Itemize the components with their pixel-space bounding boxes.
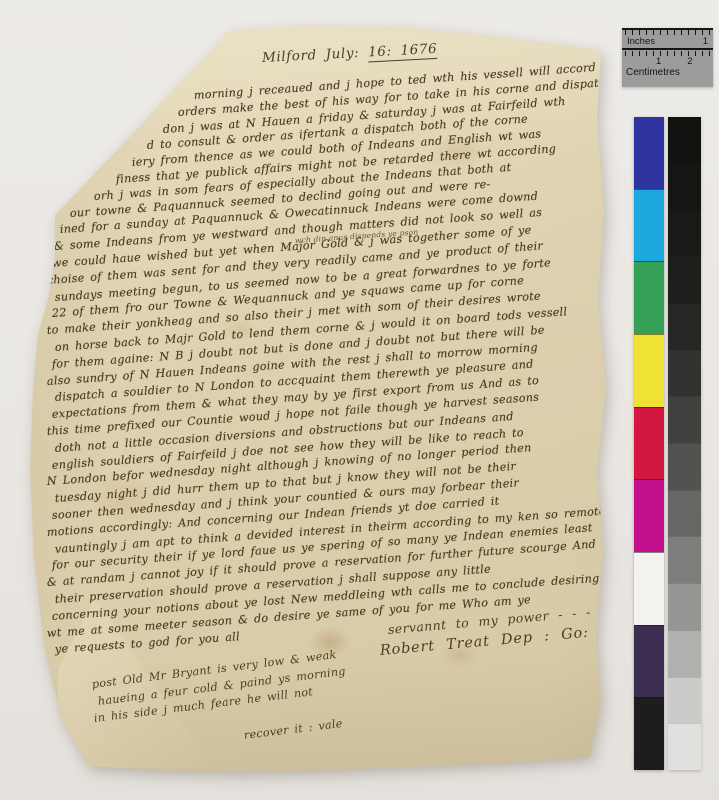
centimetres-label: Centimetres <box>626 67 713 79</box>
color-patch-yellow <box>634 334 664 407</box>
ruler-divider <box>622 48 713 50</box>
grayscale-step <box>668 723 701 770</box>
grayscale-step <box>668 443 701 490</box>
paper-sheet: Milford July: 16: 1676 morning j receaue… <box>0 0 719 800</box>
color-patch-blue <box>634 117 664 189</box>
grayscale-step <box>668 677 701 724</box>
grayscale-step <box>668 163 701 210</box>
color-patch-magenta <box>634 479 664 552</box>
inch-number: 1 <box>703 36 708 47</box>
ruler-scale-card: Inches 1 1 2 Centimetres <box>622 28 713 87</box>
grayscale-step <box>668 490 701 537</box>
cm-number-2: 2 <box>687 56 692 67</box>
color-patch-white <box>634 552 664 625</box>
postscript-line: recover it : vale <box>243 707 412 744</box>
grayscale-step <box>668 303 701 350</box>
color-patch-cyan <box>634 189 664 262</box>
dateline-date: 16: 1676 <box>368 41 438 63</box>
grayscale-step <box>668 396 701 443</box>
color-patch-red <box>634 407 664 480</box>
cm-number-1: 1 <box>656 56 661 67</box>
grayscale-step <box>668 583 701 630</box>
letter-postscript: post Old Mr Bryant is very low & weakhau… <box>92 676 412 744</box>
grayscale-step <box>668 256 701 303</box>
grayscale-step <box>668 117 701 163</box>
color-calibration-strip <box>634 117 664 770</box>
inches-label: Inches <box>627 36 655 47</box>
color-patch-black <box>634 697 664 770</box>
grayscale-step <box>668 350 701 397</box>
color-patch-green <box>634 261 664 334</box>
grayscale-step <box>668 536 701 583</box>
photo-background: Milford July: 16: 1676 morning j receaue… <box>0 0 719 800</box>
color-patch-dark-purple <box>634 625 664 698</box>
grayscale-step <box>668 209 701 256</box>
letter-body: morning j receaued and j hope to ted wth… <box>46 88 602 659</box>
manuscript-letter: Milford July: 16: 1676 morning j receaue… <box>0 0 719 800</box>
grayscale-calibration-strip <box>668 117 701 770</box>
grayscale-step <box>668 630 701 677</box>
